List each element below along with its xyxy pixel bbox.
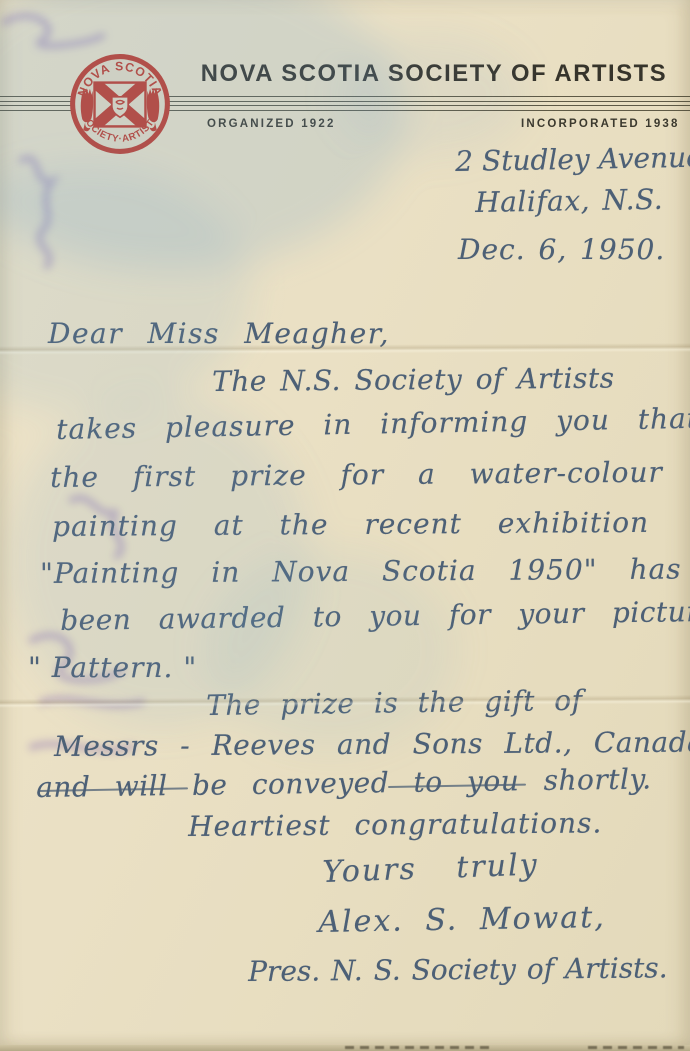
letter-line: been awarded to you for your picture	[60, 596, 690, 637]
letter-line: Heartiest congratulations.	[188, 807, 603, 842]
date-line: Dec. 6, 1950.	[458, 234, 665, 265]
letter-page: NOVA SCOTIA SOCIETY·ARTISTS NOVA SCOTIA …	[0, 0, 690, 1051]
nova-scotia-society-seal-icon: NOVA SCOTIA SOCIETY·ARTISTS	[67, 51, 173, 157]
letter-line: takes pleasure in informing you that	[56, 403, 690, 446]
letter-line: Messrs - Reeves and Sons Ltd., Canada,	[54, 726, 690, 762]
signature: Alex. S. Mowat,	[318, 901, 606, 940]
closing: Yours truly	[322, 848, 539, 889]
address-line: Halifax, N.S.	[475, 184, 663, 219]
letter-line: the first prize for a water-colour	[50, 457, 663, 494]
organization-title: NOVA SCOTIA SOCIETY OF ARTISTS	[200, 60, 667, 88]
letter-line: "Painting in Nova Scotia 1950" has	[40, 554, 682, 590]
letter-line: and will be conveyed to you shortly.	[36, 763, 652, 803]
address-line: 2 Studley Avenue	[455, 142, 690, 178]
cut-off-print-marks	[588, 1046, 684, 1049]
organized-label: ORGANIZED 1922	[207, 118, 336, 130]
letter-line: painting at the recent exhibition	[52, 507, 649, 543]
signature-title: Pres. N. S. Society of Artists.	[248, 952, 668, 987]
letter-line: The N.S. Society of Artists	[212, 362, 615, 397]
cut-off-print-marks	[345, 1046, 495, 1049]
incorporated-label: INCORPORATED 1938	[521, 118, 680, 130]
letter-line: " Pattern. "	[28, 652, 197, 683]
fold-crease	[0, 343, 690, 355]
